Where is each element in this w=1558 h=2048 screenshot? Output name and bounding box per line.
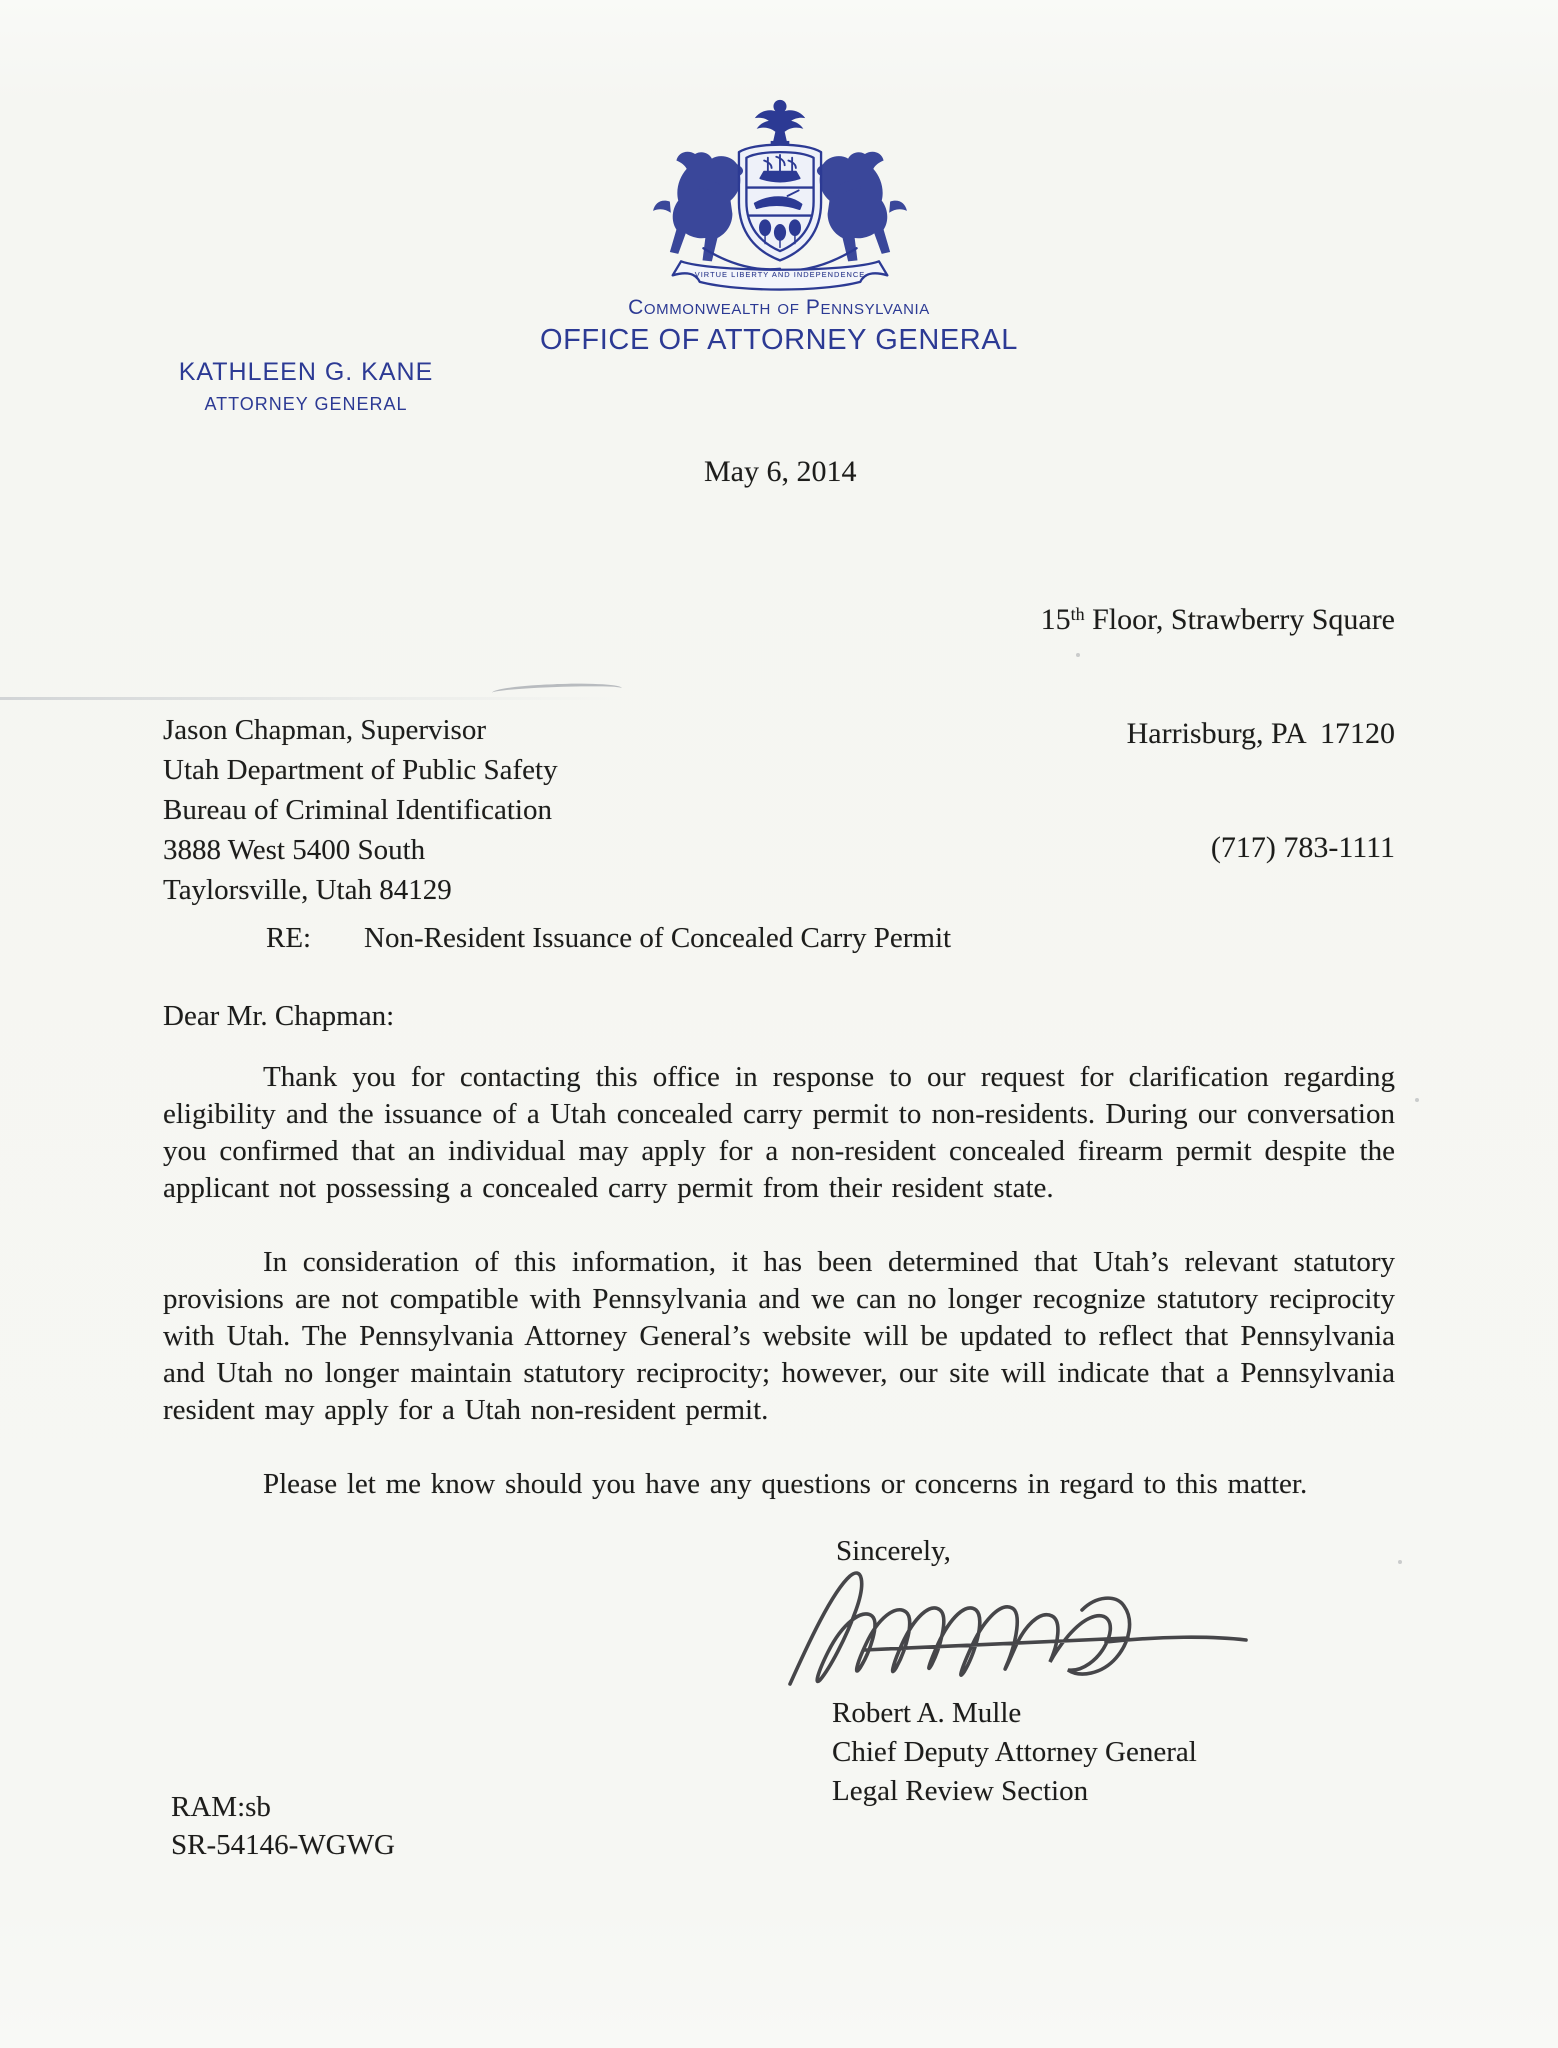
street-line: Floor, Strawberry Square xyxy=(1085,603,1395,636)
scan-speck xyxy=(1415,1098,1419,1102)
scan-crease xyxy=(0,697,660,700)
salutation: Dear Mr. Chapman: xyxy=(163,1000,394,1033)
ordinal-superscript: th xyxy=(1071,604,1085,624)
official-name: KATHLEEN G. KANE xyxy=(176,358,436,387)
signature-svg xyxy=(768,1552,1268,1707)
seal-motto: VIRTUE LIBERTY AND INDEPENDENCE xyxy=(695,270,866,279)
recipient-line: Taylorsville, Utah 84129 xyxy=(163,870,558,910)
office-name-line: OFFICE OF ATTORNEY GENERAL xyxy=(0,324,1558,357)
signer-name: Robert A. Mulle xyxy=(832,1694,1197,1733)
letter-date: May 6, 2014 xyxy=(704,455,857,489)
tracking-number: SR-54146-WGWG xyxy=(171,1826,395,1864)
coat-of-arms-svg: VIRTUE LIBERTY AND INDEPENDENCE xyxy=(640,96,920,296)
eagle-icon xyxy=(755,100,805,142)
letter-body: Thank you for contacting this office in … xyxy=(163,1059,1395,1540)
scanned-letter: VIRTUE LIBERTY AND INDEPENDENCE Commonwe… xyxy=(0,0,1558,2048)
scan-speck xyxy=(1076,653,1080,657)
recipient-line: 3888 West 5400 South xyxy=(163,830,558,870)
signer-block: Robert A. Mulle Chief Deputy Attorney Ge… xyxy=(832,1694,1197,1811)
return-address-line-1: 15th Floor, Strawberry Square xyxy=(1041,595,1395,639)
paragraph-2: In consideration of this information, it… xyxy=(163,1244,1395,1429)
signature-scribble xyxy=(768,1552,1268,1707)
recipient-line: Utah Department of Public Safety xyxy=(163,750,558,790)
right-horse-icon xyxy=(817,152,907,262)
signer-section: Legal Review Section xyxy=(832,1772,1197,1811)
left-horse-icon xyxy=(653,152,743,262)
floor-number: 15 xyxy=(1041,603,1071,636)
typist-initials: RAM:sb xyxy=(171,1788,395,1826)
re-label: RE: xyxy=(266,922,311,955)
re-subject: Non-Resident Issuance of Concealed Carry… xyxy=(364,922,951,955)
recipient-line: Jason Chapman, Supervisor xyxy=(163,710,558,750)
return-address: 15th Floor, Strawberry Square Harrisburg… xyxy=(1041,519,1395,943)
reference-block: RAM:sb SR-54146-WGWG xyxy=(171,1788,395,1864)
return-address-line-3: (717) 783-1111 xyxy=(1041,829,1395,867)
official-title: ATTORNEY GENERAL xyxy=(176,394,436,415)
recipient-line: Bureau of Criminal Identification xyxy=(163,790,558,830)
official-block: KATHLEEN G. KANE ATTORNEY GENERAL xyxy=(176,358,436,415)
commonwealth-line: Commonwealth of Pennsylvania xyxy=(0,296,1558,320)
pennsylvania-coat-of-arms: VIRTUE LIBERTY AND INDEPENDENCE xyxy=(640,96,920,296)
recipient-block: Jason Chapman, Supervisor Utah Departmen… xyxy=(163,710,558,910)
paragraph-1: Thank you for contacting this office in … xyxy=(163,1059,1395,1207)
signer-title: Chief Deputy Attorney General xyxy=(832,1733,1197,1772)
return-address-line-2: Harrisburg, PA 17120 xyxy=(1041,715,1395,753)
scan-speck xyxy=(1398,1560,1402,1564)
letterhead-caption: Commonwealth of Pennsylvania OFFICE OF A… xyxy=(0,296,1558,357)
paragraph-3: Please let me know should you have any q… xyxy=(163,1466,1395,1503)
